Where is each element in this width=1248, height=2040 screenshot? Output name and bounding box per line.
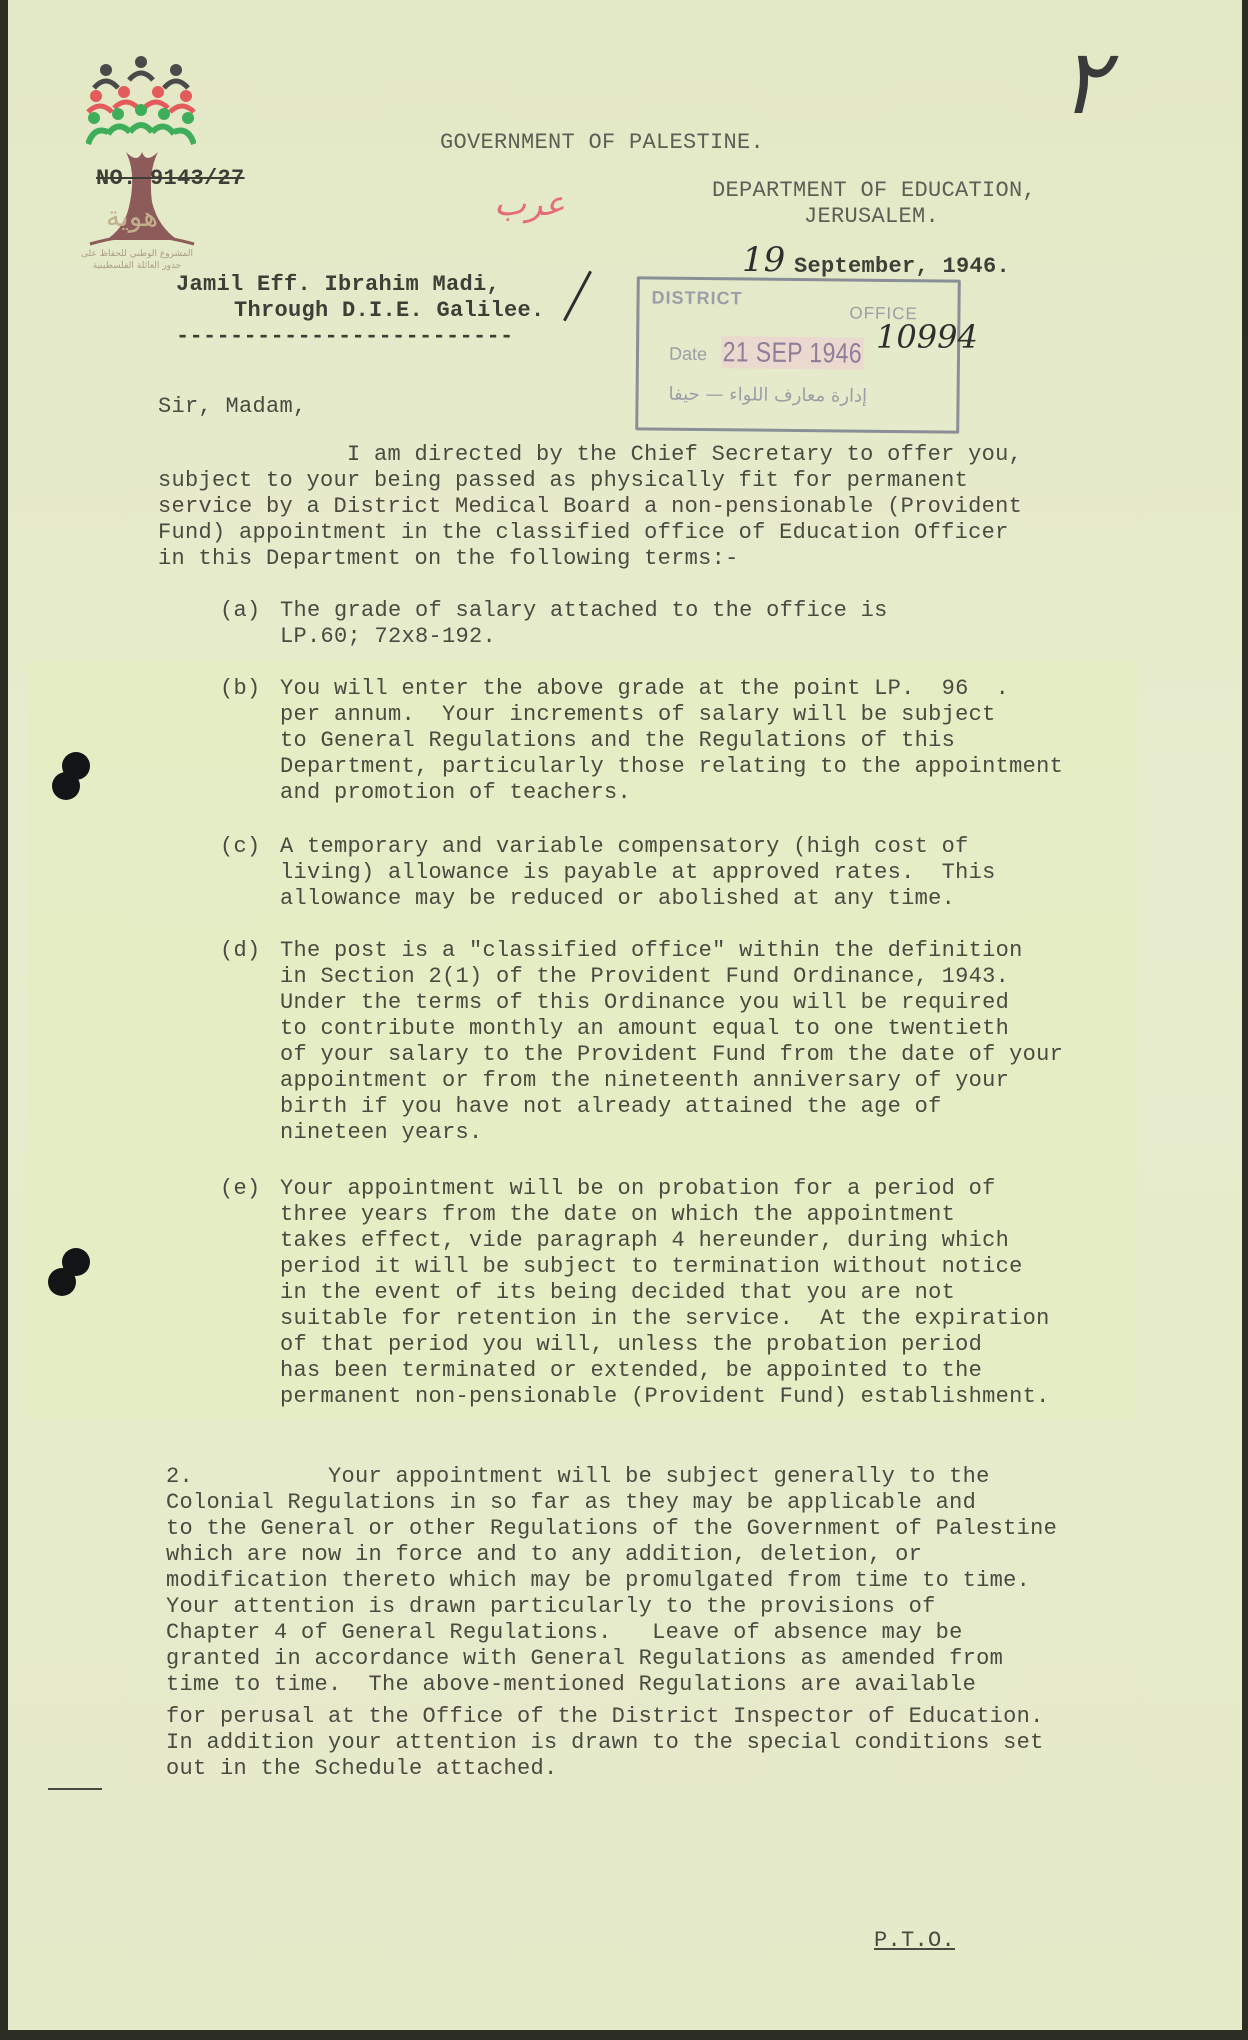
- term-label: (c): [220, 834, 261, 860]
- recipient-name: Jamil Eff. Ibrahim Madi,: [176, 272, 500, 298]
- term-line: to contribute monthly an amount equal to…: [280, 1016, 1009, 1042]
- term-line: of your salary to the Provident Fund fro…: [280, 1042, 1063, 1068]
- term-line: three years from the date on which the a…: [280, 1202, 955, 1228]
- corner-page-mark: ٢: [1060, 30, 1108, 135]
- term-line: A temporary and variable compensatory (h…: [280, 834, 969, 860]
- term-line: appointment or from the nineteenth anniv…: [280, 1068, 1009, 1094]
- salutation: Sir, Madam,: [158, 394, 307, 420]
- term-line: has been terminated or extended, be appo…: [280, 1358, 982, 1384]
- government-heading: GOVERNMENT OF PALESTINE.: [440, 130, 764, 156]
- intro-line: service by a District Medical Board a no…: [158, 494, 1022, 520]
- paragraph-line: Colonial Regulations in so far as they m…: [166, 1490, 976, 1516]
- department-city: JERUSALEM.: [804, 204, 939, 230]
- paragraph-line: Chapter 4 of General Regulations. Leave …: [166, 1620, 963, 1646]
- term-label: (e): [220, 1176, 261, 1202]
- term-line: per annum. Your increments of salary wil…: [280, 702, 996, 728]
- term-line: The post is a "classified office" within…: [280, 938, 1023, 964]
- term-line: of that period you will, unless the prob…: [280, 1332, 982, 1358]
- paragraph-line: time to time. The above-mentioned Regula…: [166, 1672, 976, 1698]
- stamp-reference-number: 10994: [876, 318, 978, 356]
- term-line: Under the terms of this Ordinance you wi…: [280, 990, 1009, 1016]
- term-label: (a): [220, 598, 261, 624]
- paragraph-line: modification thereto which may be promul…: [166, 1568, 1030, 1594]
- term-line: in the event of its being decided that y…: [280, 1280, 955, 1306]
- stamp-district: DISTRICT: [651, 287, 742, 309]
- paragraph-line: to the General or other Regulations of t…: [166, 1516, 1057, 1542]
- term-line: and promotion of teachers.: [280, 780, 631, 806]
- paragraph-line: In addition your attention is drawn to t…: [166, 1730, 1044, 1756]
- paragraph-line: for perusal at the Office of the Distric…: [166, 1704, 1044, 1730]
- stamp-date-label: Date: [669, 344, 707, 365]
- term-line: takes effect, vide paragraph 4 hereunder…: [280, 1228, 1009, 1254]
- red-annotation: عرب: [494, 184, 565, 224]
- recipient-route: Through D.I.E. Galilee.: [234, 298, 545, 324]
- intro-line: in this Department on the following term…: [158, 546, 739, 572]
- term-label: (b): [220, 676, 261, 702]
- handwritten-slash: [563, 271, 592, 322]
- term-line: birth if you have not already attained t…: [280, 1094, 942, 1120]
- watermark-title: هوية: [106, 200, 158, 233]
- term-line: Your appointment will be on probation fo…: [280, 1176, 996, 1202]
- term-line: period it will be subject to termination…: [280, 1254, 1023, 1280]
- watermark-subtitle: المشروع الوطني للحفاظ على جذور العائلة ا…: [72, 248, 202, 272]
- stamp-arabic-line: إدارة معارف اللواء — حيفا: [668, 384, 867, 407]
- department-name: DEPARTMENT OF EDUCATION,: [712, 178, 1036, 204]
- term-line: You will enter the above grade at the po…: [280, 676, 1009, 702]
- term-line: to General Regulations and the Regulatio…: [280, 728, 955, 754]
- term-line: permanent non-pensionable (Provident Fun…: [280, 1384, 1050, 1410]
- letter-date: September, 1946.: [794, 254, 1010, 280]
- term-line: Department, particularly those relating …: [280, 754, 1063, 780]
- term-label: (d): [220, 938, 261, 964]
- file-number: NO. 9143/27: [96, 166, 245, 192]
- term-line: living) allowance is payable at approved…: [280, 860, 996, 886]
- date-day-handwritten: 19: [742, 240, 785, 280]
- intro-line: subject to your being passed as physical…: [158, 468, 968, 494]
- paragraph-line: Your attention is drawn particularly to …: [166, 1594, 936, 1620]
- term-line: LP.60; 72x8-192.: [280, 624, 496, 650]
- term-line: allowance may be reduced or abolished at…: [280, 886, 955, 912]
- term-line: in Section 2(1) of the Provident Fund Or…: [280, 964, 1009, 990]
- term-line: suitable for retention in the service. A…: [280, 1306, 1050, 1332]
- paragraph-line: which are now in force and to any additi…: [166, 1542, 922, 1568]
- intro-line: I am directed by the Chief Secretary to …: [158, 442, 1022, 468]
- pto-marker: P.T.O.: [874, 1928, 955, 1954]
- paragraph-line: granted in accordance with General Regul…: [166, 1646, 1003, 1672]
- intro-line: Fund) appointment in the classified offi…: [158, 520, 1009, 546]
- paragraph-line: 2. Your appointment will be subject gene…: [166, 1464, 990, 1490]
- recipient-rule: -------------------------: [176, 324, 514, 350]
- margin-rule: [48, 1788, 102, 1790]
- term-line: nineteen years.: [280, 1120, 483, 1146]
- stamp-date-value: 21 SEP 1946: [721, 336, 864, 369]
- term-line: The grade of salary attached to the offi…: [280, 598, 888, 624]
- paragraph-line: out in the Schedule attached.: [166, 1756, 558, 1782]
- document-page: هوية المشروع الوطني للحفاظ على جذور العا…: [8, 0, 1242, 2030]
